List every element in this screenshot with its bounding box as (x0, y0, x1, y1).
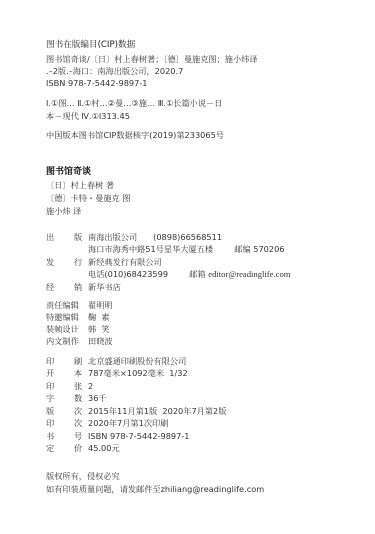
cip-subject-2: 本－现代 Ⅳ.①I313.45 (46, 111, 130, 121)
spec-label-1: 印 (46, 381, 74, 391)
email-link[interactable]: editor@readinglife.com (208, 269, 290, 279)
book-author: 〔日〕村上春树 著 (46, 180, 114, 190)
publisher-name: 南海出版公司 (88, 232, 137, 242)
spec-label-2: 数 (74, 393, 88, 403)
spec-value: 2020年7月第1次印刷 (88, 418, 168, 428)
distributor-contact-row: 电话(010)68423599 邮箱 editor@readinglife.co… (88, 269, 290, 279)
spec-row: 开 本 787毫米×1092毫米 1/32 (46, 368, 188, 378)
spec-label-1: 字 (46, 393, 74, 403)
publisher-address: 海口市海秀中路51号星华大厦五楼 (88, 244, 213, 254)
spec-label-2: 价 (74, 443, 88, 453)
editor-label: 特邀编辑 (46, 312, 88, 322)
editor-row: 特邀编辑 鞠 素 (46, 312, 110, 322)
seller-label-1: 经 (46, 282, 74, 292)
spec-row: 定 价 45.00元 (46, 443, 120, 453)
spec-label-1: 印 (46, 356, 74, 366)
spec-row: 版 次 2015年11月第1版 2020年7月第2版 (46, 406, 226, 416)
editor-label: 责任编辑 (46, 300, 88, 310)
spec-row: 印 张 2 (46, 381, 93, 391)
quality-notice: 如有印装质量问题，请发邮件至zhiliang@readinglife.com (46, 484, 264, 494)
spec-value: 787毫米×1092毫米 1/32 (88, 368, 188, 378)
spec-value: 36千 (88, 393, 107, 403)
book-illustrator: 〔德〕卡特・曼施克 图 (46, 193, 130, 203)
spec-value: 45.00元 (88, 443, 120, 453)
publisher-address-row: 海口市海秀中路51号星华大厦五楼 邮编 570206 (88, 244, 285, 254)
editor-row: 装帧设计 韩 笑 (46, 324, 110, 334)
spec-label-2: 张 (74, 381, 88, 391)
cip-heading: 图书在版编目(CIP)数据 (46, 40, 135, 50)
editor-value: 鞠 素 (88, 312, 110, 322)
cip-subject-1: Ⅰ.①图… Ⅱ.①村…②曼…③施… Ⅲ.①长篇小说－日 (46, 98, 222, 108)
spec-label-2: 刷 (74, 356, 88, 366)
spec-value: ISBN 978-7-5442-9897-1 (88, 431, 190, 441)
seller-row: 经 销 新华书店 (46, 282, 121, 292)
editor-value: 翟明明 (88, 300, 113, 310)
distributor-name: 新经典发行有限公司 (88, 257, 162, 267)
distributor-label-2: 行 (74, 257, 88, 267)
seller-name: 新华书店 (88, 282, 121, 292)
publisher-row: 出 版 南海出版公司 (0898)66568511 (46, 232, 222, 242)
publisher-label-2: 版 (74, 232, 88, 242)
spec-label-1: 开 (46, 368, 74, 378)
editor-label: 内文制作 (46, 336, 88, 346)
editor-row: 责任编辑 翟明明 (46, 300, 113, 310)
spec-label-1: 印 (46, 418, 74, 428)
editor-value: 田晓波 (88, 336, 113, 346)
spec-row: 印 刷 北京盛通印刷股份有限公司 (46, 356, 186, 366)
spec-label-1: 版 (46, 406, 74, 416)
email-label: 邮箱 (189, 269, 205, 279)
editor-label: 装帧设计 (46, 324, 88, 334)
rights-notice: 版权所有，侵权必究 (46, 471, 120, 481)
cip-isbn: ISBN 978-7-5442-9897-1 (46, 78, 148, 88)
cip-record-number: 中国版本图书馆CIP数据核字(2019)第233065号 (46, 130, 224, 140)
seller-label-2: 销 (74, 282, 88, 292)
book-translator: 施小炜 译 (46, 206, 81, 216)
spec-label-2: 号 (74, 431, 88, 441)
distributor-label-1: 发 (46, 257, 74, 267)
cip-line-1: 图书馆奇谈/〔日〕村上春树著；〔德〕曼施克图；施小炜译 (46, 54, 258, 64)
editor-row: 内文制作 田晓波 (46, 336, 113, 346)
spec-label-1: 定 (46, 443, 74, 453)
postcode: 570206 (253, 244, 284, 254)
publisher-phone: (0898)66568511 (153, 232, 222, 242)
spec-row: 字 数 36千 (46, 393, 107, 403)
spec-value: 2 (88, 381, 93, 391)
spec-row: 书 号 ISBN 978-7-5442-9897-1 (46, 431, 190, 441)
spec-label-2: 次 (74, 418, 88, 428)
editor-value: 韩 笑 (88, 324, 110, 334)
spec-value: 北京盛通印刷股份有限公司 (88, 356, 186, 366)
spec-value: 2015年11月第1版 2020年7月第2版 (88, 406, 226, 416)
spec-row: 印 次 2020年7月第1次印刷 (46, 418, 168, 428)
spec-label-2: 本 (74, 368, 88, 378)
distributor-phone: 电话(010)68423599 (88, 269, 168, 279)
postcode-label: 邮编 (234, 244, 250, 254)
spec-label-1: 书 (46, 431, 74, 441)
publisher-label-1: 出 (46, 232, 74, 242)
distributor-row: 发 行 新经典发行有限公司 (46, 257, 162, 267)
book-title: 图书馆奇谈 (46, 167, 91, 177)
cip-line-2: .–2版.–海口：南海出版公司，2020.7 (46, 66, 183, 76)
spec-label-2: 次 (74, 406, 88, 416)
